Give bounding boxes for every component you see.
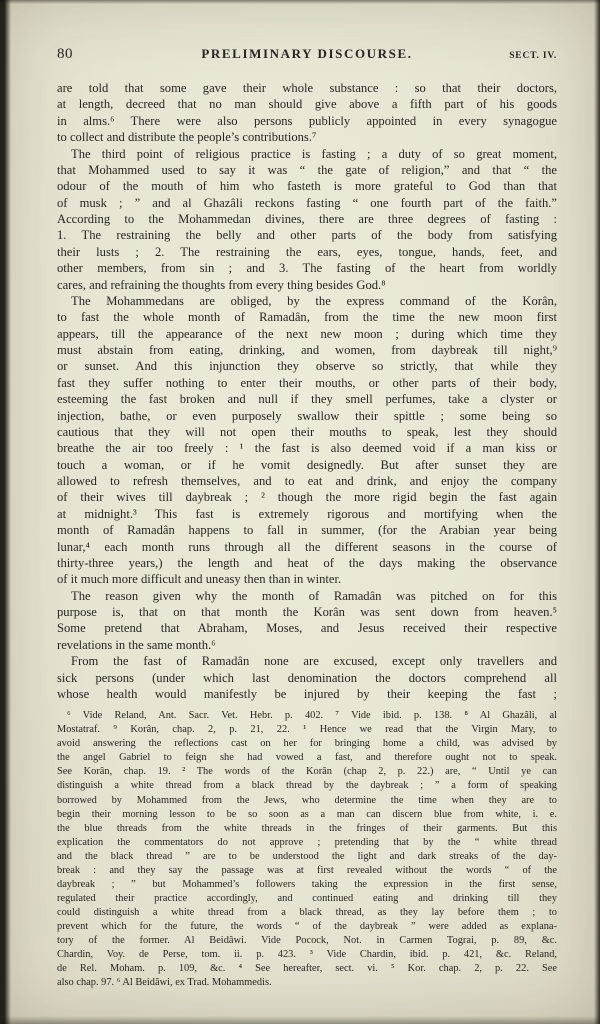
- text-line: could distinguish a white thread from a …: [57, 906, 557, 920]
- text-line: borrowed by Mohammed from the Jews, who …: [57, 794, 557, 808]
- text-line: break : and they say the passage was at …: [57, 864, 557, 878]
- text-line: cautious that they will not open their m…: [57, 424, 557, 440]
- text-line: of their wives till daybreak ; ² though …: [57, 489, 557, 505]
- scan-edge-shadow-top: [0, 0, 600, 4]
- text-line: regulated their practice accordingly, an…: [57, 892, 557, 906]
- text-line: the blue threads from the white threads …: [57, 822, 557, 836]
- text-line: at length, decreed that no man should gi…: [57, 96, 557, 112]
- text-line: revelations in the same month.⁶: [57, 637, 557, 653]
- text-line: allowed to refresh themselves, and to ea…: [57, 473, 557, 489]
- text-line: fast they suffer nothing to enter their …: [57, 375, 557, 391]
- text-line: Chardin, Voy. de Perse, tom. ii. p. 423.…: [57, 948, 557, 962]
- text-line: explication the commentators do not appr…: [57, 836, 557, 850]
- text-line: de Rel. Moham. p. 109, &c. ⁴ See hereaft…: [57, 962, 557, 976]
- text-line: distinguish a white thread from a black …: [57, 779, 557, 793]
- text-line: to fast the whole month of Ramadân, from…: [57, 309, 557, 325]
- text-line: their lusts ; 2. The restraining the ear…: [57, 244, 557, 260]
- text-line: whose health would manifestly be injured…: [57, 686, 557, 702]
- text-line: the angel Gabriel to feign she had vowed…: [57, 751, 557, 765]
- scan-edge-shadow-right: [594, 0, 600, 1024]
- text-line: month of Ramadân happens to fall in summ…: [57, 522, 557, 538]
- text-line: odour of the mouth of him who fasteth is…: [57, 178, 557, 194]
- text-line: breathe the air too freely : ¹ the fast …: [57, 440, 557, 456]
- text-line: in alms.⁶ There were also persons public…: [57, 113, 557, 129]
- text-line: of musk ; ” and al Ghazâli reckons fasti…: [57, 195, 557, 211]
- text-line: esteeming the fast broken and null if th…: [57, 391, 557, 407]
- text-line: purpose is, that on that month the Korân…: [57, 604, 557, 620]
- text-line: thirty-three years,) the length and heat…: [57, 555, 557, 571]
- text-line: daybreak ; ” but Mohammed’s followers ta…: [57, 878, 557, 892]
- text-line: other members, from sin ; and 3. The fas…: [57, 260, 557, 276]
- book-page-scan: 80 PRELIMINARY DISCOURSE. SECT. IV. are …: [0, 0, 600, 1024]
- text-line: lunar,⁴ each month runs through all the …: [57, 539, 557, 555]
- text-line: injection, bathe, or even purposely swal…: [57, 408, 557, 424]
- text-line: prevent which for the future, the words …: [57, 920, 557, 934]
- running-header: 80 PRELIMINARY DISCOURSE. SECT. IV.: [57, 46, 557, 66]
- text-line: ⁶ Vide Reland, Ant. Sacr. Vet. Hebr. p. …: [57, 709, 557, 723]
- text-line: The Mohammedans are obliged, by the expr…: [57, 293, 557, 309]
- text-line: to collect and distribute the people’s c…: [57, 129, 557, 145]
- text-line: are told that some gave their whole subs…: [57, 80, 557, 96]
- text-line: Some pretend that Abraham, Moses, and Je…: [57, 620, 557, 636]
- text-line: of it much more difficult and uneasy the…: [57, 571, 557, 587]
- text-line: at midnight.³ This fast is extremely rig…: [57, 506, 557, 522]
- body-text: are told that some gave their whole subs…: [57, 80, 557, 702]
- text-line: From the fast of Ramadân none are excuse…: [57, 653, 557, 669]
- text-line: or sunset. And this injunction they obse…: [57, 358, 557, 374]
- text-line: appears, till the appearance of the next…: [57, 326, 557, 342]
- text-line: also chap. 97. ⁶ Al Beidâwi, ex Trad. Mo…: [57, 976, 557, 990]
- text-line: See Korân, chap. 19. ² The words of the …: [57, 765, 557, 779]
- scan-edge-shadow-bottom: [0, 1016, 600, 1024]
- footnotes: ⁶ Vide Reland, Ant. Sacr. Vet. Hebr. p. …: [57, 709, 557, 990]
- text-line: cares, and refraining the thoughts from …: [57, 277, 557, 293]
- scan-edge-shadow-left: [0, 0, 11, 1024]
- text-line: According to the Mohammedan divines, the…: [57, 211, 557, 227]
- text-line: touch a woman, or if he vomit designedly…: [57, 457, 557, 473]
- text-line: and the black thread ” are to be underst…: [57, 850, 557, 864]
- text-line: 1. The restraining the belly and other p…: [57, 227, 557, 243]
- page-content: 80 PRELIMINARY DISCOURSE. SECT. IV. are …: [57, 46, 557, 990]
- text-line: Mostatraf. ⁹ Korân, chap. 2, p. 21, 22. …: [57, 723, 557, 737]
- text-line: The reason given why the month of Ramadâ…: [57, 588, 557, 604]
- text-line: begin their morning lesson to be so soon…: [57, 808, 557, 822]
- text-line: avoid answering the reflections cast on …: [57, 737, 557, 751]
- text-line: sick persons (under which last denominat…: [57, 670, 557, 686]
- text-line: tory of the former. Al Beidâwi. Vide Poc…: [57, 934, 557, 948]
- page-title: PRELIMINARY DISCOURSE.: [57, 46, 557, 62]
- text-line: that Mohammed used to say it was “ the g…: [57, 162, 557, 178]
- text-line: must abstain from eating, drinking, and …: [57, 342, 557, 358]
- text-line: The third point of religious practice is…: [57, 146, 557, 162]
